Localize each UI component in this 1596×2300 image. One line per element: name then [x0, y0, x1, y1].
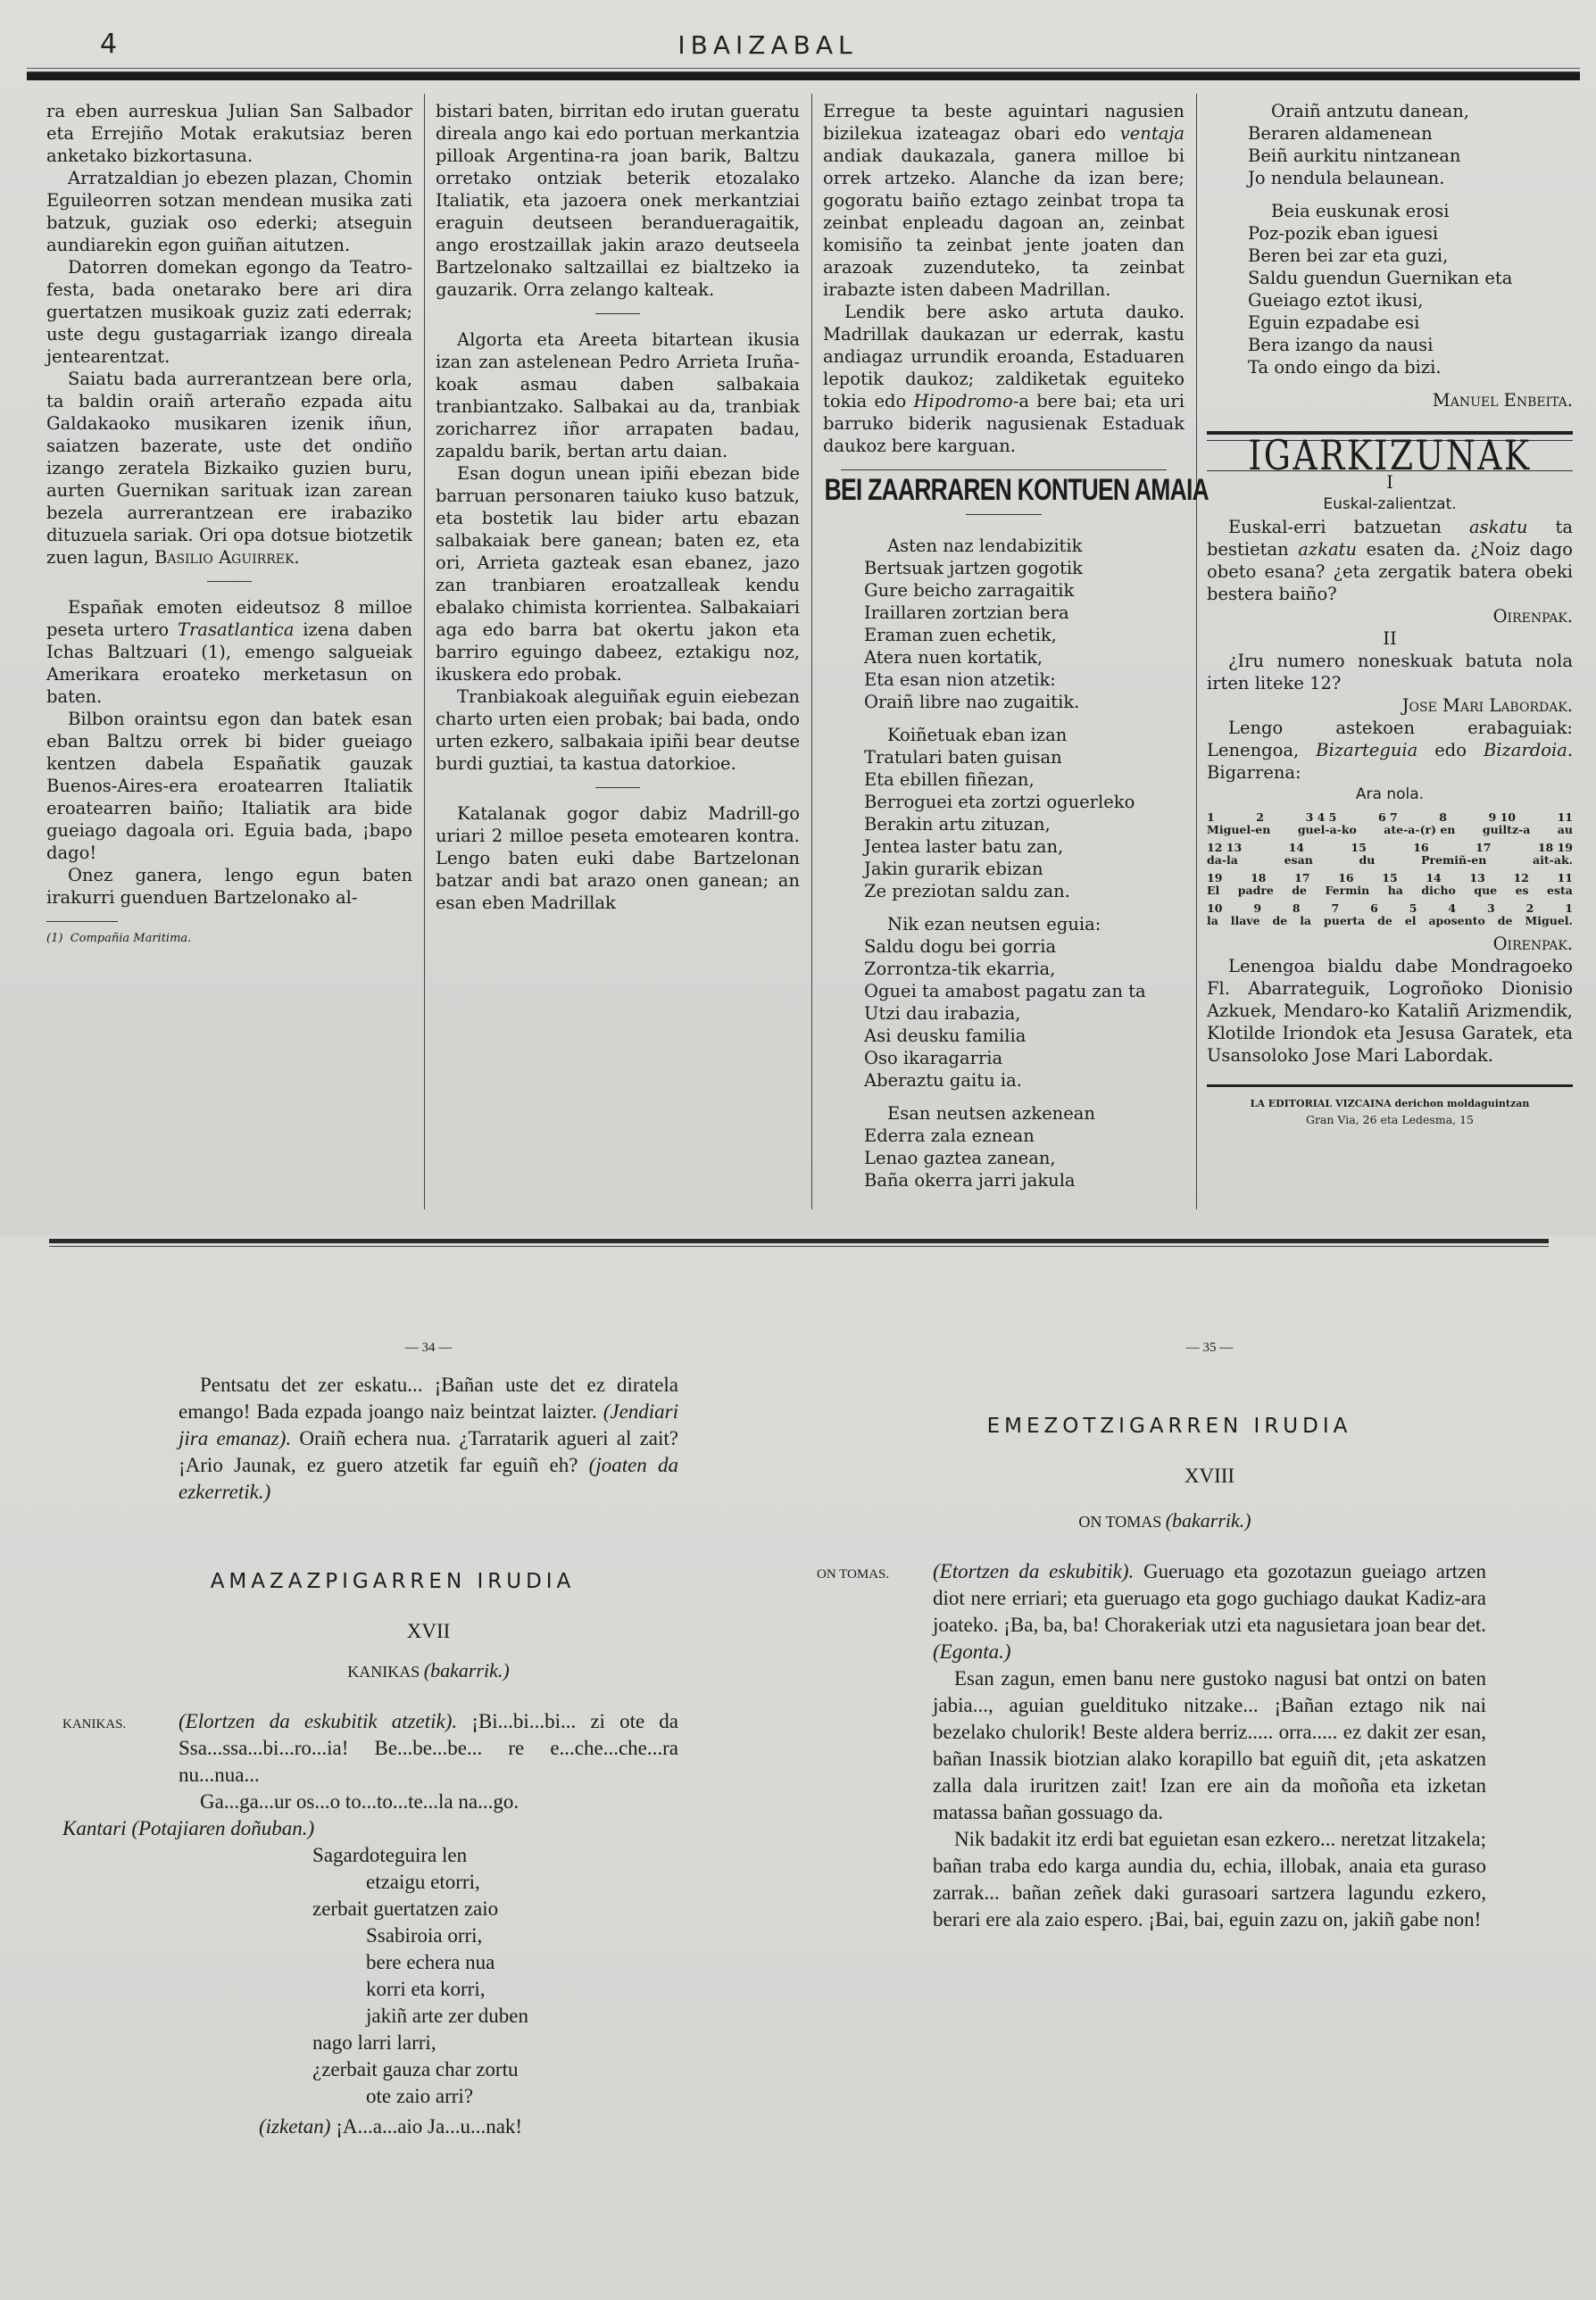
- column-divider: [1196, 94, 1197, 1209]
- riddles-title: IGARKIZUNAK: [1218, 444, 1561, 467]
- stanza: Koiñetuak eban izanTratulari baten guisa…: [823, 724, 1185, 902]
- book-page-number: — 34 —: [179, 1334, 678, 1361]
- verse-line: Bera izango da nausi: [1207, 334, 1573, 356]
- riddle-number: II: [1207, 627, 1573, 650]
- riddle-text: ¿Iru numero noneskuak batuta nola irten …: [1207, 650, 1573, 694]
- verse-line: Berakin artu zituzan,: [823, 813, 1185, 835]
- cast-line: KANIKAS (bakarrik.): [179, 1657, 678, 1685]
- answers-text: Lengo astekoen erabaguiak: Lenengoa, Biz…: [1207, 717, 1573, 784]
- song-line: nago larri larri,: [312, 2030, 678, 2056]
- song-line: etzaigu etorri,: [312, 1869, 678, 1896]
- footnote: (1) Compañia Maritima.: [46, 927, 412, 950]
- cipher-row: 10987654321lallavedelapuertadeelaposento…: [1207, 902, 1573, 927]
- solvers-list: Lenengoa bialdu dabe Mondragoeko Fl. Aba…: [1207, 955, 1573, 1067]
- riddle-subtitle: Euskal-zalientzat.: [1207, 494, 1573, 516]
- book-page-left: — 34 — Pentsatu det zer eskatu... ¡Bañan…: [179, 1334, 678, 2140]
- page-divider-thin: [49, 1246, 1549, 1247]
- stanza: Nik ezan neutsen eguia:Saldu dogu bei go…: [823, 913, 1185, 1092]
- song-intro: Kantari (Potajiaren doñuban.): [62, 1815, 678, 1842]
- paragraph: Erregue ta beste aguintari nagusien bizi…: [823, 100, 1185, 301]
- verse-line: Atera nuen kortatik,: [823, 646, 1185, 668]
- verse-line: Jentea laster batu zan,: [823, 835, 1185, 858]
- verse-line: Lenao gaztea zanean,: [823, 1147, 1185, 1169]
- masthead-title: IBAIZABAL: [580, 30, 955, 60]
- paragraph: Esan dogun unean ipiñi ebezan bide barru…: [436, 462, 800, 685]
- verse-line: Saldu dogu bei gorria: [823, 935, 1185, 958]
- book-page-right: — 35 — EMEZOTZIGARREN IRUDIA XVIII ON TO…: [933, 1334, 1486, 1933]
- speech: (Elortzen da eskubitik atzetik). ¡Bi...b…: [179, 1708, 678, 1789]
- verse-line: Berroguei eta zortzi oguerleko: [823, 791, 1185, 813]
- dialogue: ON TOMAS. (Etortzen da eskubitik). Gueru…: [817, 1558, 1486, 1933]
- paragraph: Lendik bere asko artuta dauko. Madrillak…: [823, 301, 1185, 457]
- verse-line: Ze preziotan saldu zan.: [823, 880, 1185, 902]
- scene-number: XVIII: [933, 1463, 1486, 1490]
- stanza: Oraiñ antzutu danean,Beraren aldameneanB…: [1207, 100, 1573, 189]
- paragraph: bistari baten, birritan edo irutan guera…: [436, 100, 800, 301]
- paragraph: Katalanak gogor dabiz Madrill-go uriari …: [436, 802, 800, 914]
- song-line: korri eta korri,: [312, 1976, 678, 2003]
- song-line: zerbait guertatzen zaio: [312, 1896, 678, 1922]
- verse-line: Jo nendula belaunean.: [1207, 167, 1573, 189]
- song-line: ote zaio arri?: [312, 2083, 678, 2110]
- paragraph: Onez ganera, lengo egun baten irakurri g…: [46, 864, 412, 909]
- publisher-address: Gran Via, 26 eta Ledesma, 15: [1207, 1112, 1573, 1128]
- verse-line: Poz-pozik eban iguesi: [1207, 222, 1573, 245]
- speaker-name: KANIKAS.: [62, 1708, 179, 1815]
- verse-line: Jakin gurarik ebizan: [823, 858, 1185, 880]
- speaker-name: ON TOMAS.: [817, 1558, 933, 1933]
- verse-line: Nik ezan neutsen eguia:: [823, 913, 1185, 935]
- verse-line: Zorrontza-tik ekarria,: [823, 958, 1185, 980]
- paragraph: Esan zagun, emen banu nere gustoko nagus…: [933, 1665, 1486, 1826]
- closing-line: (izketan) ¡A...a...aio Ja...u...nak!: [179, 2113, 678, 2140]
- stanza: Esan neutsen azkeneanEderra zala ezneanL…: [823, 1102, 1185, 1192]
- cast-line: ON TOMAS (bakarrik.): [844, 1507, 1486, 1535]
- paragraph: Algorta eta Areeta bitartean ikusia izan…: [436, 328, 800, 462]
- verse-line: Asi deusku familia: [823, 1025, 1185, 1047]
- scene-number: XVII: [179, 1618, 678, 1645]
- verse-line: Eta esan nion atzetik:: [823, 668, 1185, 691]
- verse-line: Oraiñ libre nao zugaitik.: [823, 691, 1185, 713]
- paragraph: Pentsatu det zer eskatu... ¡Bañan uste d…: [179, 1372, 678, 1506]
- verse-line: Oso ikaragarria: [823, 1047, 1185, 1069]
- header-rule-thin: [27, 68, 1580, 69]
- verse-line: Utzi dau irabazia,: [823, 1002, 1185, 1025]
- paragraph: Arratzaldian jo ebezen plazan, Chomin Eg…: [46, 167, 412, 256]
- verse-line: Oguei ta amabost pagatu zan ta: [823, 980, 1185, 1002]
- verse-line: Aberaztu gaitu ia.: [823, 1069, 1185, 1092]
- song-line: ¿zerbait gauza char zortu: [312, 2056, 678, 2083]
- paragraph: Saiatu bada aurrerantzean bere orla, ta …: [46, 368, 412, 569]
- verse-line: Esan neutsen azkenean: [823, 1102, 1185, 1125]
- article-column-1: ra eben aurreskua Julian San Salbador et…: [46, 100, 412, 950]
- verse-line: Koiñetuak eban izan: [823, 724, 1185, 746]
- verse-line: Eta ebillen fiñezan,: [823, 768, 1185, 791]
- imprint-rule: [1207, 1084, 1573, 1087]
- cipher-signature: Oirenpak.: [1207, 933, 1573, 955]
- song-line: Ssabiroia orri,: [312, 1922, 678, 1949]
- verse-line: Beia euskunak erosi: [1207, 200, 1573, 222]
- verse-line: Tratulari baten guisan: [823, 746, 1185, 768]
- song-line: jakiñ arte zer duben: [312, 2003, 678, 2030]
- speech: (Etortzen da eskubitik). Gueruago eta go…: [933, 1558, 1486, 1665]
- song-line: Sagardoteguira len: [312, 1842, 678, 1869]
- paragraph: Datorren domekan egongo da Teatro-festa,…: [46, 256, 412, 368]
- cipher-row: 12 131415161718 19da-laesanduPremiñ-enai…: [1207, 842, 1573, 867]
- article-column-2: bistari baten, birritan edo irutan guera…: [436, 100, 800, 914]
- cipher-row: 123 4 56 789 1011Miguel-enguel-a-koate-a…: [1207, 811, 1573, 836]
- verse-line: Gueiago eztot ikusi,: [1207, 289, 1573, 311]
- article-column-4: Oraiñ antzutu danean,Beraren aldameneanB…: [1207, 100, 1573, 1128]
- verse-line: Beren bei zar eta guzi,: [1207, 245, 1573, 267]
- separator-dash: [595, 787, 640, 788]
- article-column-3: Erregue ta beste aguintari nagusien bizi…: [823, 100, 1185, 1202]
- publisher-line: LA EDITORIAL VIZCAINA derichon moldaguin…: [1207, 1096, 1573, 1112]
- verse-line: Gure beicho zarragaitik: [823, 579, 1185, 602]
- paragraph: Bilbon oraintsu egon dan batek esan eban…: [46, 708, 412, 864]
- column-divider: [424, 94, 425, 1209]
- verse-line: Eraman zuen echetik,: [823, 624, 1185, 646]
- dialogue: KANIKAS. (Elortzen da eskubitik atzetik)…: [62, 1708, 678, 1815]
- paragraph: Tranbiakoak aleguiñak eguin eiebezan cha…: [436, 685, 800, 775]
- poem-signature: Manuel Enbeita.: [1207, 389, 1573, 411]
- verse-line: Beiñ aurkitu nintzanean: [1207, 145, 1573, 167]
- poem: Asten naz lendabizitikBertsuak jartzen g…: [823, 535, 1185, 1192]
- scene-heading: EMEZOTZIGARREN IRUDIA: [852, 1413, 1486, 1440]
- cipher-title: Ara nola.: [1207, 784, 1573, 806]
- poem-title: BEI ZAARRAREN KONTUEN AMAIA: [825, 479, 1184, 502]
- stanza: Asten naz lendabizitikBertsuak jartzen g…: [823, 535, 1185, 713]
- verse-line: Ta ondo eingo da bizi.: [1207, 356, 1573, 378]
- cipher-table: 123 4 56 789 1011Miguel-enguel-a-koate-a…: [1207, 811, 1573, 927]
- verse-line: Baña okerra jarri jakula: [823, 1169, 1185, 1192]
- cipher-row: 191817161514131211ElpadredeFerminhadicho…: [1207, 872, 1573, 897]
- imprint: LA EDITORIAL VIZCAINA derichon moldaguin…: [1207, 1096, 1573, 1128]
- riddle-signature: Jose Mari Labordak.: [1207, 694, 1573, 717]
- verse-line: Bertsuak jartzen gogotik: [823, 557, 1185, 579]
- footnote-rule: [46, 921, 118, 922]
- separator-dash: [207, 581, 252, 582]
- verse-line: Oraiñ antzutu danean,: [1207, 100, 1573, 122]
- poem-continued: Oraiñ antzutu danean,Beraren aldameneanB…: [1207, 100, 1573, 378]
- verse-line: Iraillaren zortzian bera: [823, 602, 1185, 624]
- paragraph: Españak emoten eideutsoz 8 milloe peseta…: [46, 596, 412, 708]
- page-number: 4: [100, 29, 117, 60]
- paragraph: Nik badakit itz erdi bat eguietan esan e…: [933, 1826, 1486, 1933]
- book-page-number: — 35 —: [933, 1334, 1486, 1361]
- speech-line: Ga...ga...ur os...o to...to...te...la na…: [179, 1789, 678, 1815]
- separator-dash: [595, 313, 640, 314]
- riddle-signature: Oirenpak.: [1207, 605, 1573, 627]
- song-verse: Sagardoteguira lenetzaigu etorri,zerbait…: [179, 1842, 678, 2110]
- scene-heading: AMAZAZPIGARREN IRUDIA: [107, 1568, 678, 1595]
- page-divider: [49, 1239, 1549, 1243]
- header-rule: [27, 71, 1580, 80]
- song-line: bere echera nua: [312, 1949, 678, 1976]
- verse-line: Ederra zala eznean: [823, 1125, 1185, 1147]
- stanza: Beia euskunak erosiPoz-pozik eban iguesi…: [1207, 200, 1573, 378]
- author-signature: Basilio Aguirrek.: [154, 547, 300, 568]
- riddle-text: Euskal-erri batzuetan askatu ta bestieta…: [1207, 516, 1573, 605]
- verse-line: Asten naz lendabizitik: [823, 535, 1185, 557]
- verse-line: Eguin ezpadabe esi: [1207, 311, 1573, 334]
- verse-line: Beraren aldamenean: [1207, 122, 1573, 145]
- title-underline: [966, 514, 1042, 515]
- section-rule: [841, 469, 1167, 470]
- paragraph: ra eben aurreskua Julian San Salbador et…: [46, 100, 412, 167]
- verse-line: Saldu guendun Guernikan eta: [1207, 267, 1573, 289]
- column-divider: [811, 94, 812, 1209]
